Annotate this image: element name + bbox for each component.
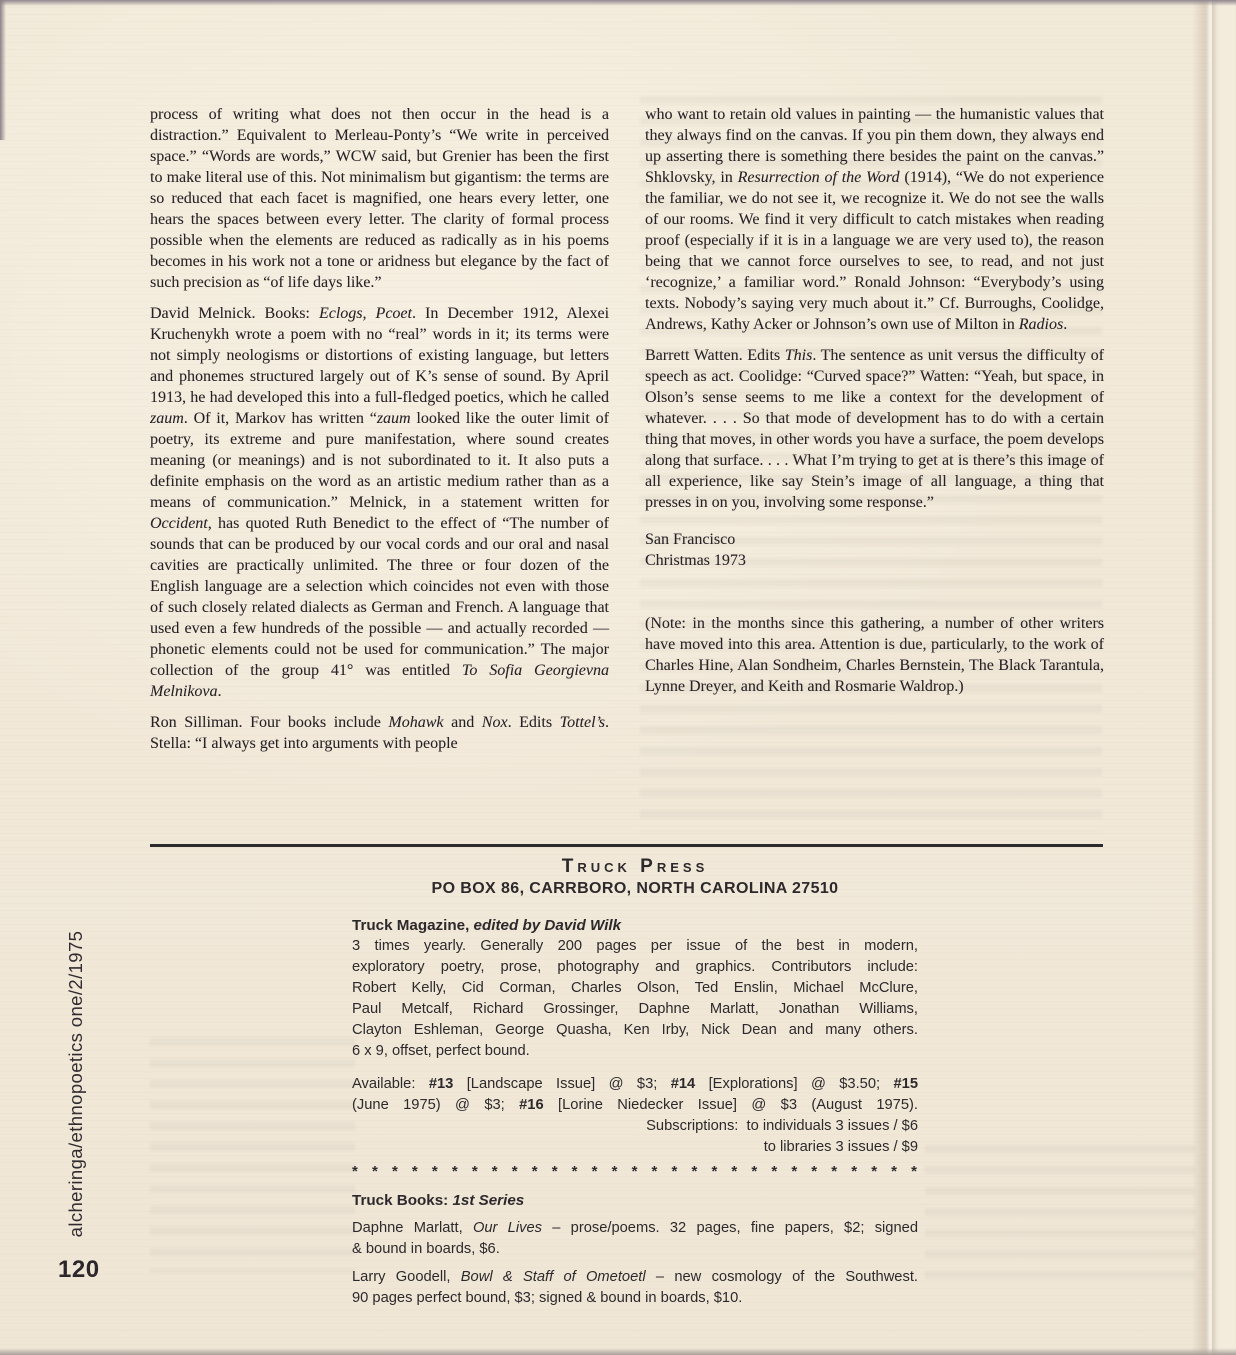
text-segment: Robert Kelly, Cid Corman, Charles Olson,… <box>352 980 918 996</box>
scan-edge-bottom <box>0 1348 1236 1355</box>
text-segment: . <box>1063 316 1067 333</box>
text-segment: Truck Books: <box>352 1192 452 1209</box>
text-line: Clayton Eshleman, George Quasha, Ken Irb… <box>352 1020 918 1041</box>
text-line: Paul Metcalf, Richard Grossinger, Daphne… <box>352 999 918 1020</box>
text-segment: [Lorine Niedecker Issue] @ $3 (August 19… <box>544 1097 918 1113</box>
truck-press-ad: Truck Press PO BOX 86, CARRBORO, NORTH C… <box>352 856 918 1309</box>
text-segment: . The sentence as unit versus the diffic… <box>645 347 1104 511</box>
text-segment: [Landscape Issue] @ $3; <box>453 1076 670 1092</box>
text-segment: Christmas 1973 <box>645 552 746 569</box>
text-segment: #13 <box>429 1076 454 1092</box>
paragraph-ron-silliman: Ron Silliman. Four books include Mohawk … <box>150 712 609 754</box>
text-segment: Eclogs, Pcoet <box>319 305 412 322</box>
right-column: who want to retain old values in paintin… <box>645 104 1104 754</box>
magazine-description: 3 times yearly. Generally 200 pages per … <box>352 936 918 1062</box>
text-segment: David Melnick. Books: <box>150 305 319 322</box>
scan-edge-left <box>0 0 6 140</box>
text-segment: Our Lives <box>473 1220 542 1236</box>
text-segment: #16 <box>519 1097 544 1113</box>
text-segment: This <box>785 347 813 364</box>
text-segment: Radios <box>1019 316 1063 333</box>
text-segment: San Francisco <box>645 531 735 548</box>
paragraph-note: (Note: in the months since this gatherin… <box>645 613 1104 697</box>
scanned-page: process of writing what does not then oc… <box>0 0 1236 1355</box>
paragraph-grenier: process of writing what does not then oc… <box>150 104 609 293</box>
text-line: to libraries 3 issues / $9 <box>352 1137 918 1158</box>
text-segment: edited by David Wilk <box>469 917 621 934</box>
text-line: (June 1975) @ $3; #16 [Lorine Niedecker … <box>352 1095 918 1116</box>
page-showthrough <box>925 1145 1195 1285</box>
text-segment: #14 <box>671 1076 696 1092</box>
text-line: Daphne Marlatt, Our Lives – prose/poems.… <box>352 1218 918 1239</box>
text-segment: (1914), “We do not experience the famili… <box>645 169 1104 333</box>
text-line: 6 x 9, offset, perfect bound. <box>352 1041 918 1062</box>
paragraph-david-melnick: David Melnick. Books: Eclogs, Pcoet. In … <box>150 303 609 702</box>
text-segment: & bound in boards, $6. <box>352 1241 500 1257</box>
two-column-text: process of writing what does not then oc… <box>150 104 1104 754</box>
text-segment: exploratory poetry, prose, photography a… <box>352 959 918 975</box>
text-line: Christmas 1973 <box>645 550 1104 571</box>
paragraph-shklovsky: who want to retain old values in paintin… <box>645 104 1104 335</box>
text-segment: Resurrection of the Word <box>738 169 900 186</box>
magazine-heading: Truck Magazine, edited by David Wilk <box>352 915 918 936</box>
text-segment: Truck Magazine, <box>352 917 469 934</box>
text-segment: . Of it, Markov has written “ <box>184 410 377 427</box>
text-segment: (June 1975) @ $3; <box>352 1097 519 1113</box>
text-segment: – prose/poems. 32 pages, fine papers, $2… <box>542 1220 918 1236</box>
scan-edge-top <box>0 0 1236 6</box>
text-segment: Tottel’s <box>560 714 605 731</box>
text-segment: Daphne Marlatt, <box>352 1220 473 1236</box>
text-segment: Larry Goodell, <box>352 1269 461 1285</box>
horizontal-rule <box>150 844 1103 847</box>
left-column: process of writing what does not then oc… <box>150 104 609 754</box>
text-segment: Clayton Eshleman, George Quasha, Ken Irb… <box>352 1022 918 1038</box>
text-line: Robert Kelly, Cid Corman, Charles Olson,… <box>352 978 918 999</box>
page-crease <box>1192 0 1214 1355</box>
text-line: San Francisco <box>645 529 1104 550</box>
text-line: 3 times yearly. Generally 200 pages per … <box>352 936 918 957</box>
text-segment: zaum <box>150 410 184 427</box>
text-segment: , has quoted Ruth Benedict to the effect… <box>150 515 609 679</box>
subscription-rates: Subscriptions: to individuals 3 issues /… <box>352 1116 918 1158</box>
page-showthrough <box>150 1038 355 1273</box>
press-name: Truck Press <box>352 856 918 878</box>
text-line: & bound in boards, $6. <box>352 1239 918 1260</box>
text-segment: . <box>218 683 222 700</box>
text-segment: Available: <box>352 1076 429 1092</box>
text-segment: Ron Silliman. Four books include <box>150 714 388 731</box>
text-line: exploratory poetry, prose, photography a… <box>352 957 918 978</box>
text-segment: Occident <box>150 515 208 532</box>
text-segment: Barrett Watten. Edits <box>645 347 785 364</box>
text-segment: 6 x 9, offset, perfect bound. <box>352 1043 530 1059</box>
text-segment: Bowl & Staff of Ometoetl <box>461 1269 646 1285</box>
text-line: Available: #13 [Landscape Issue] @ $3; #… <box>352 1074 918 1095</box>
text-segment: to libraries 3 issues / $9 <box>764 1139 918 1155</box>
text-segment: Nox <box>482 714 508 731</box>
text-segment: Subscriptions: to individuals 3 issues /… <box>646 1118 918 1134</box>
paragraph-barrett-watten: Barrett Watten. Edits This. The sentence… <box>645 345 1104 513</box>
available-issues: Available: #13 [Landscape Issue] @ $3; #… <box>352 1074 918 1116</box>
text-line: 90 pages perfect bound, $3; signed & bou… <box>352 1288 918 1309</box>
book-listing-goodell: Larry Goodell, Bowl & Staff of Ometoetl … <box>352 1267 918 1309</box>
text-segment: zaum <box>377 410 411 427</box>
page-number: 120 <box>58 1256 100 1284</box>
text-segment: – new cosmology of the Southwest. <box>646 1269 918 1285</box>
text-segment: 90 pages perfect bound, $3; signed & bou… <box>352 1290 742 1306</box>
text-segment: #15 <box>893 1076 918 1092</box>
star-divider: * * * * * * * * * * * * * * * * * * * * … <box>352 1163 918 1181</box>
text-segment: [Explorations] @ $3.50; <box>695 1076 893 1092</box>
text-line: Larry Goodell, Bowl & Staff of Ometoetl … <box>352 1267 918 1288</box>
dateline: San FranciscoChristmas 1973 <box>645 529 1104 571</box>
next-page-edge <box>1212 0 1236 1355</box>
text-segment: 1st Series <box>452 1192 524 1209</box>
books-heading: Truck Books: 1st Series <box>352 1190 918 1211</box>
text-segment: process of writing what does not then oc… <box>150 106 609 291</box>
spine-text: alcheringa/ethnopoetics one/2/1975 <box>65 931 87 1238</box>
press-address: PO BOX 86, CARRBORO, NORTH CAROLINA 2751… <box>352 878 918 900</box>
text-segment: Paul Metcalf, Richard Grossinger, Daphne… <box>352 1001 918 1017</box>
text-segment: (Note: in the months since this gatherin… <box>645 615 1104 695</box>
text-line: Subscriptions: to individuals 3 issues /… <box>352 1116 918 1137</box>
book-listing-marlatt: Daphne Marlatt, Our Lives – prose/poems.… <box>352 1218 918 1260</box>
text-segment: Mohawk <box>388 714 443 731</box>
text-segment: 3 times yearly. Generally 200 pages per … <box>352 938 918 954</box>
text-segment: . Edits <box>508 714 560 731</box>
text-segment: and <box>444 714 482 731</box>
